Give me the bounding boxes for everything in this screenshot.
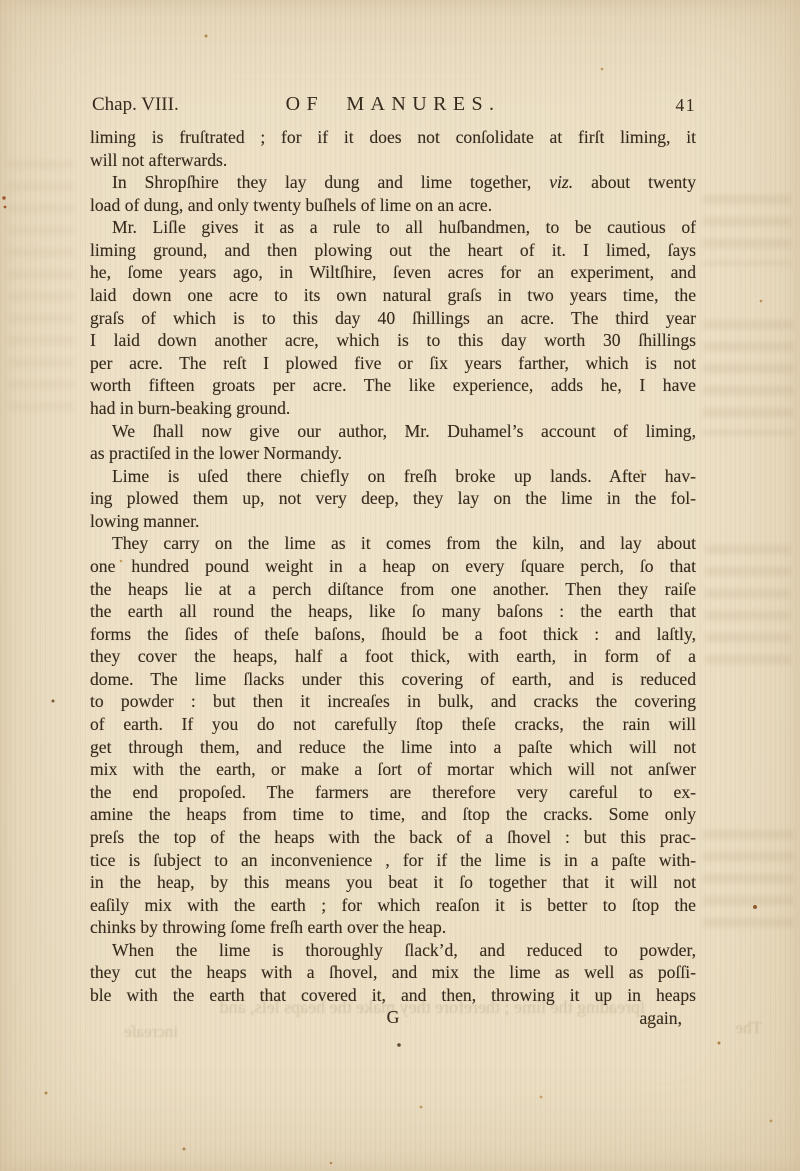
text-line: they cut the heaps with a ſhovel, and mi… [90,961,696,984]
text-line: will not afterwards. [90,149,696,172]
text-line: graſs of which is to this day 40 ſhillin… [90,307,696,330]
text-line: get through them, and reduce the lime in… [90,736,696,759]
text-line: liming is fruſtrated ; for if it does no… [90,126,696,149]
text-line: Mr. Liſle gives it as a rule to all huſb… [90,216,696,239]
text-line: tice is ſubject to an inconvenience , fo… [90,849,696,872]
text-line: the end propoſed. The farmers are theref… [90,781,696,804]
text-line: load of dung, and only twenty buſhels of… [90,194,696,217]
text-line: liming ground, and then plowing out the … [90,239,696,262]
show-through-text: The [736,1018,762,1038]
text-line: worth fifteen groats per acre. The like … [90,374,696,397]
text-line: ing plowed them up, not very deep, they … [90,487,696,510]
text-line: They carry on the lime as it comes from … [90,532,696,555]
text-line: they cover the heaps, half a foot thick,… [90,645,696,668]
text-line: one hundred pound weight in a heap on ev… [90,555,696,578]
catchword: again, [640,1008,683,1029]
signature-mark: G [90,1007,696,1028]
book-page: ſpreading the lime ; therefore they make… [0,0,800,1171]
text-line: per acre. The reſt I plowed five or ſix … [90,352,696,375]
text-line: When the lime is thoroughly ſlack’d, and… [90,939,696,962]
text-line: laid down one acre to its own natural gr… [90,284,696,307]
text-line: ble with the earth that covered it, and … [90,984,696,1007]
text-line: dome. The lime ſlacks under this coverin… [90,668,696,691]
text-line: had in burn-beaking ground. [90,397,696,420]
signature-row: G again, [90,1007,696,1030]
text-line: to powder : but then it increaſes in bul… [90,690,696,713]
text-line: amine the heaps from time to time, and ſ… [90,803,696,826]
body-text: liming is fruſtrated ; for if it does no… [90,126,696,1007]
text-line: the earth all round the heaps, like ſo m… [90,600,696,623]
text-line: I laid down another acre, which is to th… [90,329,696,352]
text-line: in the heap, by this means you beat it ſ… [90,871,696,894]
text-line: mix with the earth, or make a ſort of mo… [90,758,696,781]
text-line: the heaps lie at a perch diſtance from o… [90,578,696,601]
text-line: forms the ſides of theſe baſons, ſhould … [90,623,696,646]
text-line: eaſily mix with the earth ; for which re… [90,894,696,917]
text-line: preſs the top of the heaps with the back… [90,826,696,849]
running-head: Chap. VIII. OF MANURES. 41 [90,93,696,119]
text-line: of earth. If you do not carefully ſtop t… [90,713,696,736]
show-through-smudge [703,320,793,435]
text-line: lowing manner. [90,510,696,533]
text-line: he, ſome years ago, in Wiltſhire, ſeven … [90,261,696,284]
show-through-smudge [703,195,791,265]
text-line: as practiſed in the lower Normandy. [90,442,696,465]
show-through-smudge [703,830,793,930]
text-line: We ſhall now give our author, Mr. Duhame… [90,420,696,443]
page-number: 41 [676,95,697,116]
show-through-smudge [8,160,74,420]
text-line: chinks by throwing ſome freſh earth over… [90,916,696,939]
show-through-smudge [705,545,791,665]
text-line: Lime is uſed there chiefly on freſh brok… [90,465,696,488]
text-line: In Shropſhire they lay dung and lime tog… [90,171,696,194]
page-title: OF MANURES. [90,93,696,116]
paper-speckles [0,0,2,2]
